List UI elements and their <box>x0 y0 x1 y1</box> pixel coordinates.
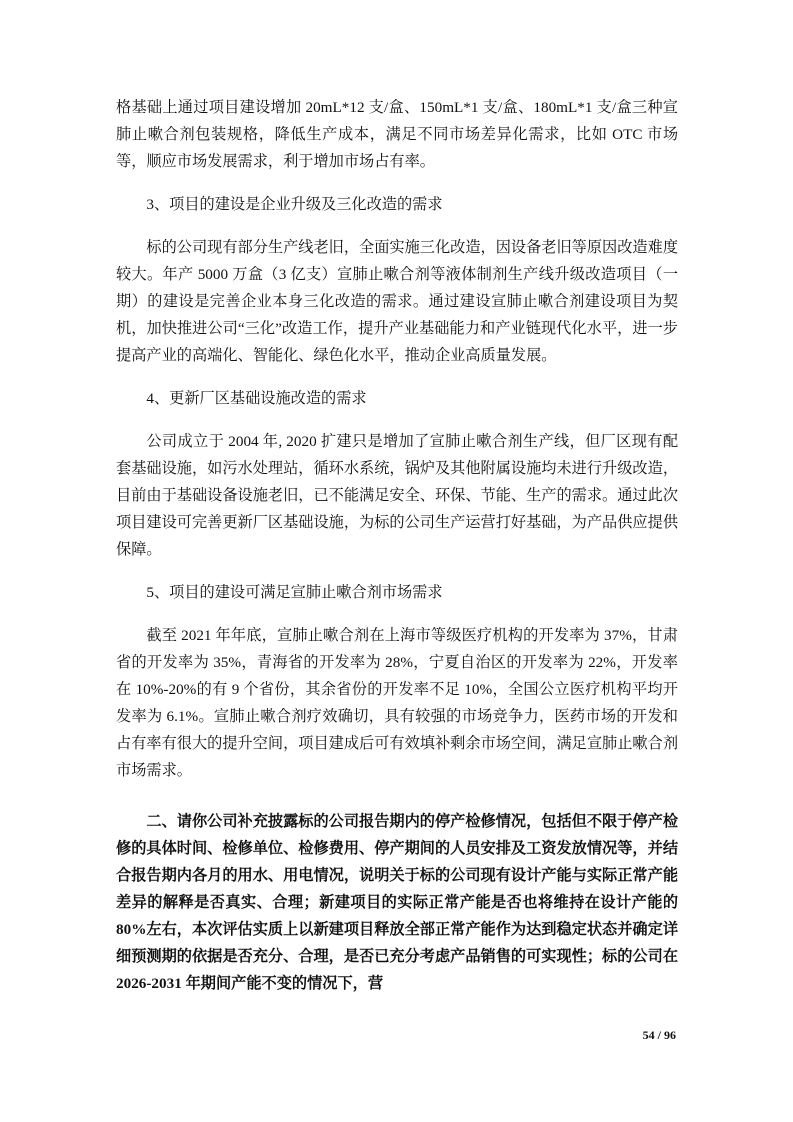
section-3: 3、项目的建设是企业升级及三化改造的需求 标的公司现有部分生产线老旧，全面实施三… <box>116 191 678 369</box>
section-body: 标的公司现有部分生产线老旧，全面实施三化改造，因设备老旧等原因改造难度较大。年产… <box>116 234 678 369</box>
document-page: 格基础上通过项目建设增加 20mL*12 支/盒、150mL*1 支/盒、180… <box>116 94 678 1013</box>
section-heading: 5、项目的建设可满足宣肺止嗽合剂市场需求 <box>116 579 678 606</box>
section-heading: 4、更新厂区基础设施改造的需求 <box>116 385 678 412</box>
page-number: 54 / 96 <box>600 1028 676 1043</box>
continuation-paragraph: 格基础上通过项目建设增加 20mL*12 支/盒、150mL*1 支/盒、180… <box>116 94 678 175</box>
section-4: 4、更新厂区基础设施改造的需求 公司成立于 2004 年, 2020 扩建只是增… <box>116 385 678 563</box>
section-body: 截至 2021 年年底，宣肺止嗽合剂在上海市等级医疗机构的开发率为 37%，甘肃… <box>116 622 678 784</box>
section-body: 公司成立于 2004 年, 2020 扩建只是增加了宣肺止嗽合剂生产线，但厂区现… <box>116 428 678 563</box>
section-5: 5、项目的建设可满足宣肺止嗽合剂市场需求 截至 2021 年年底，宣肺止嗽合剂在… <box>116 579 678 784</box>
section-heading: 3、项目的建设是企业升级及三化改造的需求 <box>116 191 678 218</box>
question-paragraph: 二、请你公司补充披露标的公司报告期内的停产检修情况，包括但不限于停产检修的具体时… <box>116 808 678 997</box>
